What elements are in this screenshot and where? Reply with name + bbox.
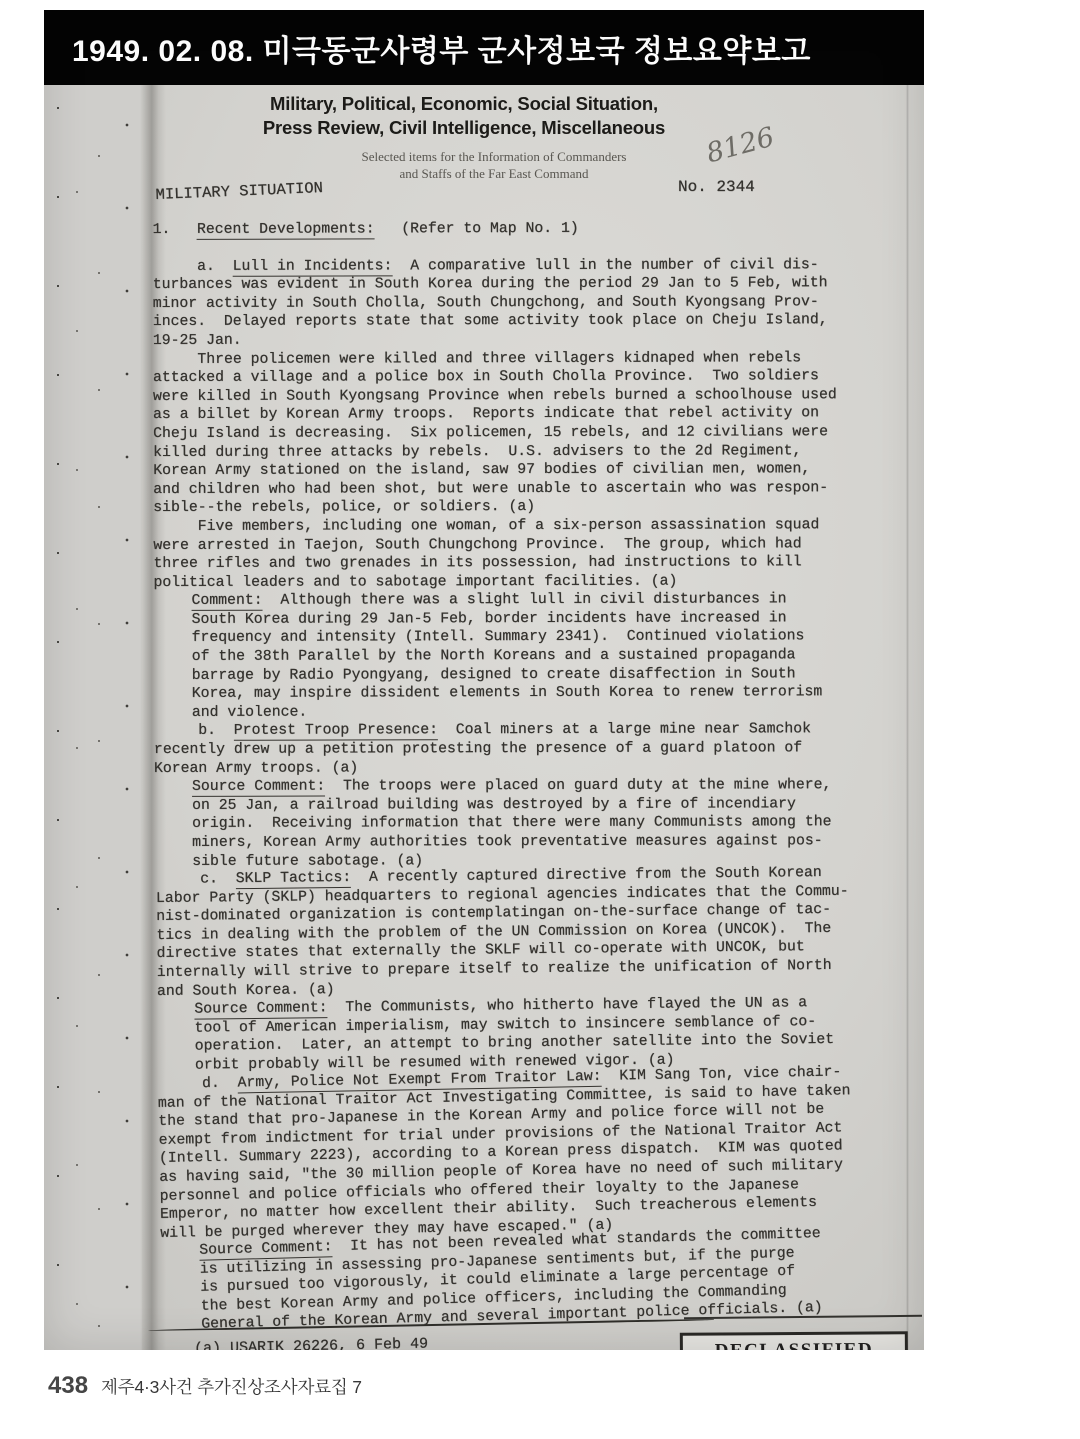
doc-paragraph: b. Protest Troop Presence: Coal miners a… (154, 720, 914, 778)
doc-line: as a billet by Korean Army troops. Repor… (153, 404, 913, 425)
doc-line: Korea, may inspire dissident elements in… (192, 683, 914, 703)
footnote-text: (a) USARIK 26226, 6 Feb 49 (194, 1336, 428, 1350)
doc-line: frequency and intensity (Intell. Summary… (192, 627, 914, 647)
doc-line: of the 38th Parallel by the North Korean… (192, 646, 914, 666)
doc-paragraph: Comment: Although there was a slight lul… (154, 590, 914, 722)
doc-line: Korean Army stationed on the island, saw… (153, 460, 913, 481)
doc-paragraph: Source Comment: It has not been revealed… (161, 1222, 923, 1335)
doc-line: Comment: Although there was a slight lul… (192, 590, 914, 610)
scanned-document-photo: 1949. 02. 08. 미극동군사령부 군사정보국 정보요약보고 Milit… (44, 10, 924, 1350)
doc-line: Cheju Island is decreasing. Six policeme… (153, 423, 913, 444)
underlined-label: SKLP Tactics: (236, 870, 352, 889)
doc-line: Korean Army troops. (a) (154, 758, 914, 779)
doc-paragraph: c. SKLP Tactics: A recently captured dir… (156, 863, 917, 1001)
doc-line: on 25 Jan, a railroad building was destr… (192, 795, 914, 815)
underlined-label: Lull in Incidents: (233, 258, 393, 276)
underlined-label: Source Comment: (192, 779, 325, 797)
doc-line: 1. Recent Developments: (Refer to Map No… (153, 219, 913, 240)
doc-line: attacked a village and a police box in S… (153, 367, 913, 388)
document-subtitle-line1: Selected items for the Information of Co… (214, 148, 774, 165)
doc-line: political leaders and to sabotage import… (153, 572, 913, 593)
section-title: MILITARY SITUATION (155, 179, 323, 204)
underlined-label: Comment: (192, 593, 263, 611)
doc-line: sible--the rebels, police, or soldiers. … (153, 497, 913, 518)
page-number: 438 (48, 1372, 88, 1400)
doc-paragraph: a. Lull in Incidents: A comparative lull… (153, 256, 913, 351)
banner-title: 1949. 02. 08. 미극동군사령부 군사정보국 정보요약보고 (44, 26, 811, 70)
document-subtitle: Selected items for the Information of Co… (214, 148, 774, 182)
document-title-line1: Military, Political, Economic, Social Si… (184, 92, 744, 116)
issue-number: No. 2344 (678, 178, 755, 196)
document-body: 1. Recent Developments: (Refer to Map No… (153, 219, 916, 1336)
document-title-line2: Press Review, Civil Intelligence, Miscel… (184, 116, 744, 140)
doc-line: b. Protest Troop Presence: Coal miners a… (154, 720, 914, 741)
doc-line: origin. Receiving information that there… (192, 813, 914, 833)
doc-paragraph: d. Army, Police Not Exempt From Traitor … (157, 1062, 920, 1243)
underlined-label: Protest Troop Presence: (234, 723, 438, 742)
doc-line: South Korea during 29 Jan-5 Feb, border … (192, 609, 914, 629)
underlined-label: Source Comment: (194, 1001, 327, 1020)
doc-line: killed during three attacks by rebels. U… (153, 442, 913, 463)
doc-paragraph: Three policemen were killed and three vi… (153, 349, 913, 518)
doc-line: three rifles and two grenades in its pos… (153, 553, 913, 574)
doc-line: Source Comment: The troops were placed o… (192, 776, 914, 796)
doc-line: miners, Korean Army authorities took pre… (192, 832, 914, 852)
doc-line: Five members, including one woman, of a … (153, 516, 913, 537)
doc-line: and children who had been shot, but were… (153, 479, 913, 500)
doc-paragraph: Source Comment: The troops were placed o… (154, 776, 914, 871)
doc-line: a. Lull in Incidents: A comparative lull… (153, 256, 913, 277)
doc-heading: 1. Recent Developments: (Refer to Map No… (153, 219, 913, 240)
doc-line: recently drew up a petition protesting t… (154, 739, 914, 760)
doc-line: inces. Delayed reports state that some a… (153, 311, 913, 332)
book-caption: 제주4·3사건 추가진상조사자료집 7 (101, 1374, 362, 1399)
doc-line: 19-25 Jan. (153, 330, 913, 351)
doc-line: were arrested in Taejon, South Chungchon… (153, 535, 913, 556)
book-footer: 438 제주4·3사건 추가진상조사자료집 7 (48, 1372, 362, 1400)
doc-line: were killed in South Kyongsang Province … (153, 386, 913, 407)
document-title: Military, Political, Economic, Social Si… (184, 92, 744, 140)
declassified-stamp: DECLASSIFIED (680, 1331, 908, 1350)
doc-line: barrage by Radio Pyongyang, designed to … (192, 665, 914, 685)
doc-line: minor activity in South Cholla, South Ch… (153, 293, 913, 314)
header-banner: 1949. 02. 08. 미극동군사령부 군사정보국 정보요약보고 (44, 10, 924, 85)
doc-paragraph: Five members, including one woman, of a … (153, 516, 913, 592)
doc-line: turbances was evident in South Korea dur… (153, 274, 913, 295)
doc-line: Three policemen were killed and three vi… (153, 349, 913, 370)
underlined-label: Recent Developments: (197, 221, 375, 239)
doc-line: and violence. (192, 702, 914, 722)
adjacent-page-edge (44, 85, 142, 1350)
